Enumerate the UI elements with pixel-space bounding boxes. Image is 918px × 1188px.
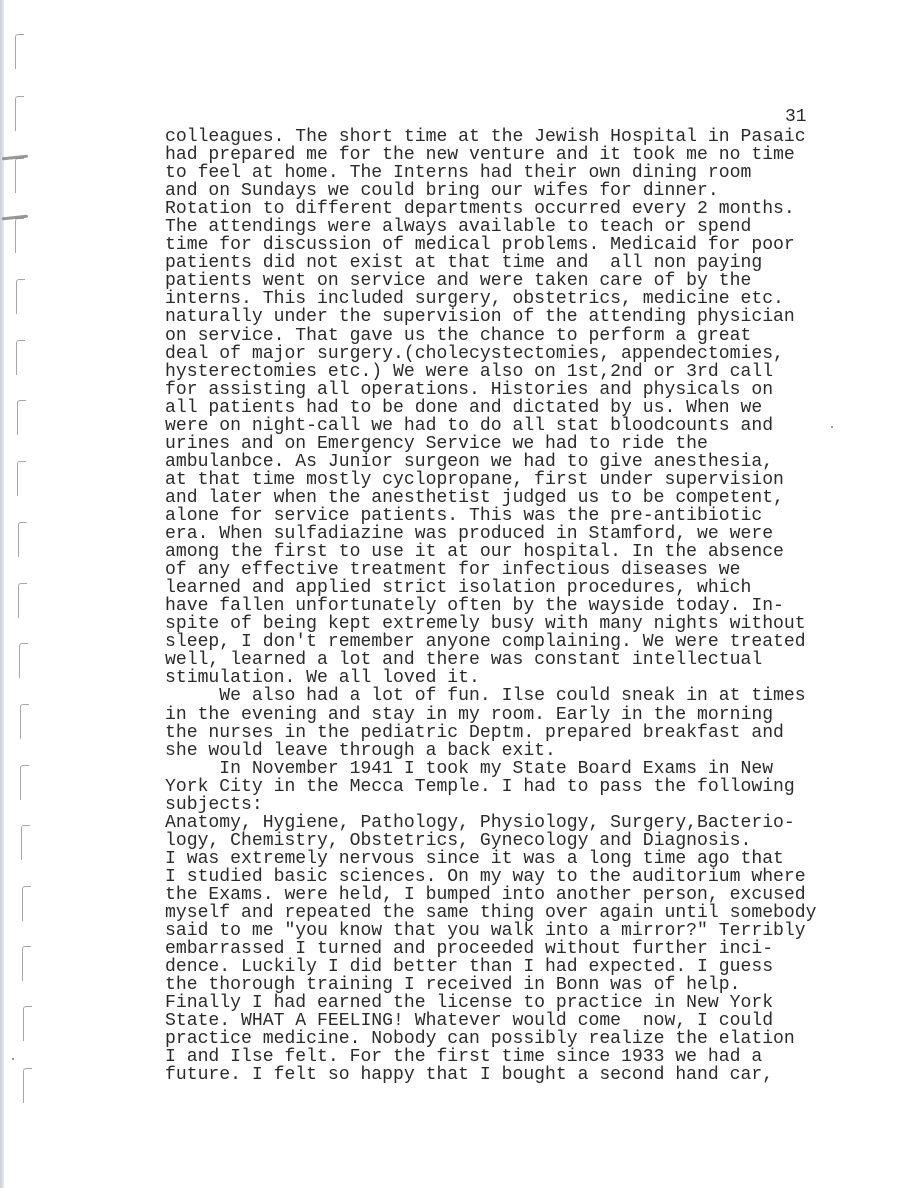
text-line: urines and on Emergency Service we had t… [165,435,865,453]
text-line: time for discussion of medical problems.… [165,236,865,254]
punch-hole-mark [20,765,29,800]
text-line: colleagues. The short time at the Jewish… [165,128,865,146]
punch-hole-mark [15,34,24,69]
punch-hole-mark [15,218,24,253]
typed-body-text: colleagues. The short time at the Jewish… [165,128,865,1084]
text-line: I and Ilse felt. For the first time sinc… [165,1048,865,1066]
punch-hole-mark [23,1068,32,1103]
text-line: subjects: [165,796,865,814]
text-line: alone for service patients. This was the… [165,507,865,525]
text-line: I studied basic sciences. On my way to t… [165,868,865,886]
text-line: hysterectomies etc.) We were also on 1st… [165,363,865,381]
page-number: 31 [785,108,807,126]
text-line: deal of major surgery.(cholecystectomies… [165,345,865,363]
text-line: era. When sulfadiazine was produced in S… [165,525,865,543]
text-line: have fallen unfortunately often by the w… [165,597,865,615]
text-line: at that time mostly cyclopropane, first … [165,471,865,489]
text-line: and later when the anesthetist judged us… [165,489,865,507]
text-line: of any effective treatment for infectiou… [165,561,865,579]
punch-hole-mark [21,825,30,860]
text-line: I was extremely nervous since it was a l… [165,850,865,868]
punch-hole-mark [15,96,24,131]
punch-hole-mark [17,461,26,496]
punch-hole-mark [16,279,25,314]
text-line: all patients had to be done and dictated… [165,399,865,417]
text-line: sleep, I don't remember anyone complaini… [165,633,865,651]
text-line: on service. That gave us the chance to p… [165,327,865,345]
text-line: learned and applied strict isolation pro… [165,579,865,597]
punch-hole-mark [18,522,27,557]
text-line: well, learned a lot and there was consta… [165,651,865,669]
text-line: State. WHAT A FEELING! Whatever would co… [165,1012,865,1030]
text-line: Rotation to different departments occurr… [165,200,865,218]
text-line: stimulation. We all loved it. [165,669,865,687]
text-line: myself and repeated the same thing over … [165,904,865,922]
text-line: The attendings were always available to … [165,218,865,236]
text-line: said to me "you know that you walk into … [165,922,865,940]
text-line: the nurses in the pediatric Deptm. prepa… [165,724,865,742]
text-line: the thorough training I received in Bonn… [165,976,865,994]
punch-hole-mark [15,158,24,193]
text-line: Finally I had earned the license to prac… [165,994,865,1012]
text-line: patients went on service and were taken … [165,272,865,290]
text-line: the Exams. were held, I bumped into anot… [165,886,865,904]
text-line: In November 1941 I took my State Board E… [165,760,865,778]
text-line: she would leave through a back exit. [165,742,865,760]
text-line: York City in the Mecca Temple. I had to … [165,778,865,796]
punch-hole-mark [18,583,27,618]
text-line: patients did not exist at that time and … [165,254,865,272]
punch-hole-mark [16,340,25,375]
text-line: and on Sundays we could bring our wifes … [165,182,865,200]
text-line: We also had a lot of fun. Ilse could sne… [165,687,865,705]
scan-speck [12,1058,14,1060]
text-line: practice medicine. Nobody can possibly r… [165,1030,865,1048]
punch-hole-mark [20,704,29,739]
text-line: interns. This included surgery, obstetri… [165,290,865,308]
text-line: had prepared me for the new venture and … [165,146,865,164]
text-line: ambulanbce. As Junior surgeon we had to … [165,453,865,471]
text-line: embarrassed I turned and proceeded witho… [165,940,865,958]
text-line: in the evening and stay in my room. Earl… [165,706,865,724]
punch-hole-mark [23,1006,32,1041]
scan-left-edge [0,0,4,1188]
text-line: logy, Chemistry, Obstetrics, Gynecology … [165,832,865,850]
punch-hole-mark [22,946,31,981]
scan-speck [831,426,833,428]
text-line: future. I felt so happy that I bought a … [165,1066,865,1084]
text-line: dence. Luckily I did better than I had e… [165,958,865,976]
punch-hole-mark [19,643,28,678]
punch-hole-mark [17,400,26,435]
text-line: among the first to use it at our hospita… [165,543,865,561]
text-line: to feel at home. The Interns had their o… [165,164,865,182]
text-line: spite of being kept extremely busy with … [165,615,865,633]
text-line: for assisting all operations. Histories … [165,381,865,399]
punch-hole-mark [22,886,31,921]
text-line: were on night-call we had to do all stat… [165,417,865,435]
text-line: naturally under the supervision of the a… [165,308,865,326]
text-line: Anatomy, Hygiene, Pathology, Physiology,… [165,814,865,832]
